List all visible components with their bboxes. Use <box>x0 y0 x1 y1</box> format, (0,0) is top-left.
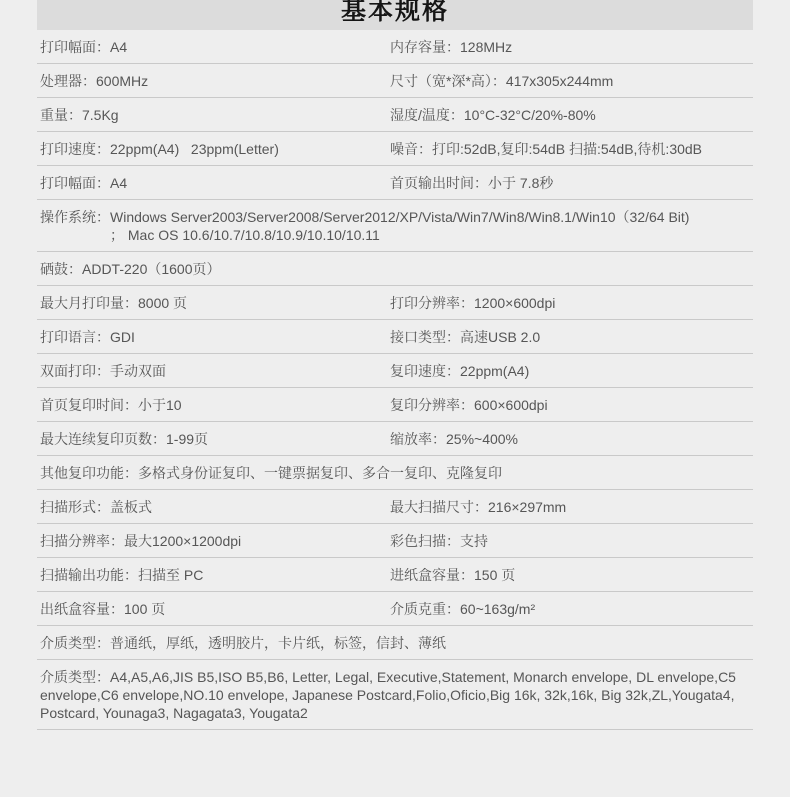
spec-label: 进纸盒容量： <box>390 567 474 583</box>
spec-cell: 最大扫描尺寸：216×297mm <box>390 498 750 516</box>
spec-label: 最大月打印量： <box>40 295 138 311</box>
spec-cell: 最大连续复印页数：1-99页 <box>40 430 390 448</box>
spec-value: 600×600dpi <box>474 397 548 413</box>
spec-label: 内存容量： <box>390 39 460 55</box>
spec-value: 22ppm(A4) <box>460 363 529 379</box>
spec-label: 打印幅面： <box>40 175 110 191</box>
spec-cell: 缩放率：25%~400% <box>390 430 750 448</box>
spec-label: 接口类型： <box>390 329 460 345</box>
spec-label: 其他复印功能： <box>40 465 138 481</box>
spec-row: 双面打印：手动双面 复印速度：22ppm(A4) <box>37 354 753 388</box>
spec-label: 扫描形式： <box>40 499 110 515</box>
spec-label: 硒鼓： <box>40 261 82 277</box>
spec-row: 介质类型：A4,A5,A6,JIS B5,ISO B5,B6, Letter, … <box>37 660 753 730</box>
spec-row: 打印速度：22ppm(A4) 23ppm(Letter) 噪音：打印:52dB,… <box>37 132 753 166</box>
spec-cell: 复印分辨率：600×600dpi <box>390 396 750 414</box>
spec-label: 复印分辨率： <box>390 397 474 413</box>
spec-label: 首页复印时间： <box>40 397 138 413</box>
spec-cell: 内存容量：128MHz <box>390 38 750 56</box>
spec-label: 操作系统： <box>40 208 110 244</box>
spec-value: ADDT-220（1600页） <box>82 261 221 277</box>
spec-value: A4,A5,A6,JIS B5,ISO B5,B6, Letter, Legal… <box>40 669 740 721</box>
section-header: 基本规格 <box>37 0 753 30</box>
spec-label: 介质类型： <box>40 635 110 651</box>
spec-cell: 扫描形式：盖板式 <box>40 498 390 516</box>
spec-cell: 介质类型：A4,A5,A6,JIS B5,ISO B5,B6, Letter, … <box>40 668 750 722</box>
spec-label: 扫描分辨率： <box>40 533 124 549</box>
spec-value: 支持 <box>460 533 488 549</box>
spec-label: 扫描输出功能： <box>40 567 138 583</box>
spec-value: GDI <box>110 329 135 345</box>
spec-value: 216×297mm <box>488 499 566 515</box>
spec-value: 22ppm(A4) 23ppm(Letter) <box>110 141 279 157</box>
spec-label: 最大扫描尺寸： <box>390 499 488 515</box>
spec-row: 最大月打印量：8000 页 打印分辨率：1200×600dpi <box>37 286 753 320</box>
spec-row: 打印幅面：A4 首页输出时间：小于 7.8秒 <box>37 166 753 200</box>
spec-value: 高速USB 2.0 <box>460 329 540 345</box>
spec-cell: 最大月打印量：8000 页 <box>40 294 390 312</box>
spec-value: 打印:52dB,复印:54dB 扫描:54dB,待机:30dB <box>432 141 702 157</box>
spec-value: 最大1200×1200dpi <box>124 533 241 549</box>
spec-row: 最大连续复印页数：1-99页 缩放率：25%~400% <box>37 422 753 456</box>
spec-value: A4 <box>110 39 127 55</box>
spec-value: 小于10 <box>138 397 182 413</box>
spec-cell: 噪音：打印:52dB,复印:54dB 扫描:54dB,待机:30dB <box>390 140 750 158</box>
spec-row: 扫描输出功能：扫描至 PC 进纸盒容量：150 页 <box>37 558 753 592</box>
spec-row: 处理器：600MHz 尺寸（宽*深*高）：417x305x244mm <box>37 64 753 98</box>
spec-value: 600MHz <box>96 73 148 89</box>
spec-value: 7.5Kg <box>82 107 119 123</box>
spec-cell: 接口类型：高速USB 2.0 <box>390 328 750 346</box>
spec-row: 介质类型：普通纸，厚纸，透明胶片，卡片纸，标签，信封、薄纸 <box>37 626 753 660</box>
spec-value: 25%~400% <box>446 431 518 447</box>
spec-label: 打印速度： <box>40 141 110 157</box>
spec-cell: 打印分辨率：1200×600dpi <box>390 294 750 312</box>
spec-cell: 重量：7.5Kg <box>40 106 390 124</box>
spec-cell: 双面打印：手动双面 <box>40 362 390 380</box>
spec-row: 重量：7.5Kg 湿度/温度：10°C-32°C/20%-80% <box>37 98 753 132</box>
spec-cell: 打印速度：22ppm(A4) 23ppm(Letter) <box>40 140 390 158</box>
spec-label: 介质克重： <box>390 601 460 617</box>
spec-row: 硒鼓：ADDT-220（1600页） <box>37 252 753 286</box>
spec-value: 128MHz <box>460 39 512 55</box>
spec-row: 出纸盒容量：100 页 介质克重：60~163g/m² <box>37 592 753 626</box>
spec-row: 打印语言：GDI 接口类型：高速USB 2.0 <box>37 320 753 354</box>
spec-value: 10°C-32°C/20%-80% <box>464 107 596 123</box>
spec-row: 首页复印时间：小于10 复印分辨率：600×600dpi <box>37 388 753 422</box>
spec-row: 其他复印功能：多格式身份证复印、一键票据复印、多合一复印、克隆复印 <box>37 456 753 490</box>
spec-value: Windows Server2003/Server2008/Server2012… <box>110 208 689 244</box>
spec-label: 复印速度： <box>390 363 460 379</box>
spec-label: 双面打印： <box>40 363 110 379</box>
spec-cell: 出纸盒容量：100 页 <box>40 600 390 618</box>
spec-value: 1-99页 <box>166 431 208 447</box>
spec-value: 8000 页 <box>138 295 187 311</box>
spec-label: 缩放率： <box>390 431 446 447</box>
spec-label: 打印幅面： <box>40 39 110 55</box>
spec-row: 打印幅面：A4 内存容量：128MHz <box>37 30 753 64</box>
spec-value: 60~163g/m² <box>460 601 535 617</box>
spec-cell: 处理器：600MHz <box>40 72 390 90</box>
spec-label: 打印分辨率： <box>390 295 474 311</box>
spec-table: 基本规格 打印幅面：A4 内存容量：128MHz 处理器：600MHz 尺寸（宽… <box>37 0 753 730</box>
spec-value: A4 <box>110 175 127 191</box>
spec-label: 介质类型： <box>40 669 110 685</box>
spec-label: 首页输出时间： <box>390 175 488 191</box>
spec-cell: 打印语言：GDI <box>40 328 390 346</box>
spec-label: 打印语言： <box>40 329 110 345</box>
spec-value: 417x305x244mm <box>506 73 613 89</box>
spec-label: 尺寸（宽*深*高）： <box>390 73 506 89</box>
spec-cell: 其他复印功能：多格式身份证复印、一键票据复印、多合一复印、克隆复印 <box>40 464 750 482</box>
spec-value: 普通纸，厚纸，透明胶片，卡片纸，标签，信封、薄纸 <box>110 635 446 651</box>
spec-row: 扫描形式：盖板式 最大扫描尺寸：216×297mm <box>37 490 753 524</box>
spec-row: 操作系统：Windows Server2003/Server2008/Serve… <box>37 200 753 252</box>
spec-value: 小于 7.8秒 <box>488 175 553 191</box>
spec-label: 噪音： <box>390 141 432 157</box>
spec-value: 150 页 <box>474 567 515 583</box>
spec-cell: 彩色扫描：支持 <box>390 532 750 550</box>
spec-cell: 扫描输出功能：扫描至 PC <box>40 566 390 584</box>
spec-label: 湿度/温度： <box>390 107 464 123</box>
spec-label: 出纸盒容量： <box>40 601 124 617</box>
spec-value: 100 页 <box>124 601 165 617</box>
spec-cell: 打印幅面：A4 <box>40 38 390 56</box>
spec-row: 扫描分辨率：最大1200×1200dpi 彩色扫描：支持 <box>37 524 753 558</box>
spec-label: 彩色扫描： <box>390 533 460 549</box>
spec-value: 扫描至 PC <box>138 567 203 583</box>
page-title: 基本规格 <box>37 0 753 26</box>
spec-value: 多格式身份证复印、一键票据复印、多合一复印、克隆复印 <box>138 465 502 481</box>
spec-label: 重量： <box>40 107 82 123</box>
spec-cell: 操作系统：Windows Server2003/Server2008/Serve… <box>40 208 750 244</box>
spec-cell: 湿度/温度：10°C-32°C/20%-80% <box>390 106 750 124</box>
spec-value: 1200×600dpi <box>474 295 555 311</box>
spec-label: 最大连续复印页数： <box>40 431 166 447</box>
spec-cell: 尺寸（宽*深*高）：417x305x244mm <box>390 72 750 90</box>
spec-cell: 扫描分辨率：最大1200×1200dpi <box>40 532 390 550</box>
spec-cell: 首页输出时间：小于 7.8秒 <box>390 174 750 192</box>
spec-label: 处理器： <box>40 73 96 89</box>
spec-cell: 介质类型：普通纸，厚纸，透明胶片，卡片纸，标签，信封、薄纸 <box>40 634 750 652</box>
spec-cell: 硒鼓：ADDT-220（1600页） <box>40 260 750 278</box>
spec-cell: 首页复印时间：小于10 <box>40 396 390 414</box>
spec-cell: 介质克重：60~163g/m² <box>390 600 750 618</box>
spec-value: 盖板式 <box>110 499 152 515</box>
spec-cell: 复印速度：22ppm(A4) <box>390 362 750 380</box>
spec-cell: 进纸盒容量：150 页 <box>390 566 750 584</box>
spec-cell: 打印幅面：A4 <box>40 174 390 192</box>
spec-value: 手动双面 <box>110 363 166 379</box>
